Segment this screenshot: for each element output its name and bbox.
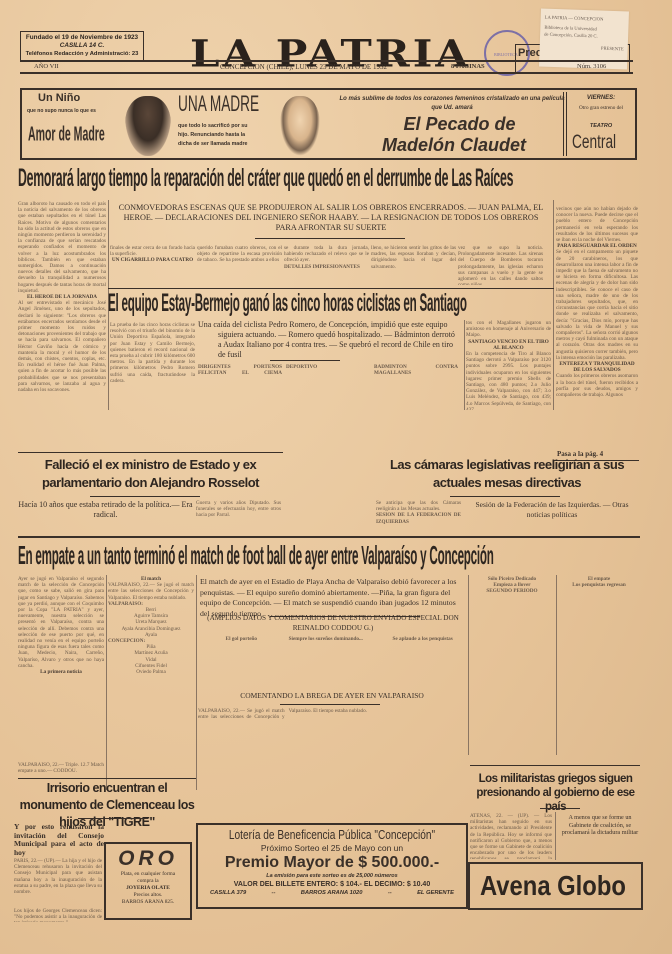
issue-number: Núm. 3106 [577,63,606,70]
masthead-rule-bottom [20,72,633,74]
oro-advertisement: ORO Plata, en cualquier forma compra la … [104,842,192,920]
film-title-line1: El Pecado de [352,114,567,135]
futbol-headline: En empate a un tanto terminó el match de… [18,538,494,572]
raices-col5: lleno, se hicieron sentir los gritos de … [371,245,456,285]
futbol-comment-columns: VALPARAISO, 22.— Se jugó el match entre … [198,708,466,786]
grecia-body: ATENAS, 22. — (UP). — Los militaristas h… [470,813,552,859]
futbol-col5: Sólo Piceiro Dedicado Empieza a llover S… [470,576,554,754]
ad-tagline: Lo más sublime de todos los corazones fe… [337,95,567,113]
woman-portrait [280,96,320,156]
raices-col4: se durante toda la dura jornada, habiend… [284,245,369,285]
futbol-mid-columns: El gol porteño Siempre los sureños domin… [198,636,466,688]
rosselot-headline: Falleció el ex ministro de Estado y ex p… [18,456,283,492]
founded-line3: Teléfonos Redacción y Administració: 23 [24,50,140,58]
avena-globo-advertisement: Avena Globo [468,862,643,910]
rosselot-subhead: Hacía 10 años que estaba retirado de la … [18,500,193,520]
ad-viernes: VIERNES: [570,95,632,101]
ciclismo-col-mid: DIRIGENTES PORTEÑOS FELICITAN EL CIEMA D… [198,364,458,410]
clemenceau-subhead: Y por esto rehusaron la invitación del C… [14,823,104,857]
ciclismo-subhead: Una caída del ciclista Pedro Romero, de … [198,320,460,360]
futbol-subhead: El match de ayer en el Estadio de Playa … [200,577,465,619]
futbol-col6: El empate Los penquistas regresan [558,576,640,754]
ad-divider [563,92,564,156]
ad-amor-de-madre: Amor de Madre [28,120,105,149]
year-label: AÑO VII [34,63,59,70]
ad-otro-gran: Otro gran estreno del [574,105,628,112]
dateline: CONCEPCION (CHILE), LUNES 23 DE MAYO DE … [220,63,387,71]
page-count: 8 PAGINAS [451,63,485,70]
loteria-title: Lotería de Beneficencia Pública "Concepc… [227,827,436,842]
camaras-col1: Se anticipa que las dos Cámaras reeligir… [376,500,461,534]
loteria-prize: Premio Mayor de $ 500.000.- [198,853,466,873]
ad-teatro: TEATRO [570,123,632,129]
raices-subhead: CONMOVEDORAS ESCENAS QUE SE PRODUJERON A… [115,203,547,233]
camaras-headline: Las cámaras legislativas reeligirían a s… [373,456,641,492]
futbol-special-correspondent: (AMPLIOS DATOS Y COMENTARIOS DE NUESTRO … [198,614,468,633]
camaras-subhead: Sesión de la Federación de las Izquierda… [464,500,640,519]
founded-line1: Fundado el 19 de Noviembre de 1923 [24,34,140,42]
boy-portrait [125,96,171,156]
ad-una-madre: UNA MADRE [178,92,259,116]
founded-line2: CASILLA 14 C. [24,42,140,50]
loteria-advertisement: Lotería de Beneficencia Pública "Concepc… [196,823,468,909]
ad-una-madre-sub: que todo lo sacrificó por su hijo. Renun… [178,122,254,149]
avena-globo-title: Avena Globo [480,869,626,903]
ciclismo-headline: El equipo Estay-Bermejo ganó las cinco h… [108,288,467,318]
grecia-subhead: A menos que se forme un Gabinete de coal… [557,814,643,837]
clemenceau-body: PARIS, 22.— (UP).— La hija y el hijo de … [14,858,102,904]
ciclismo-col2: tos con el Magallanes jugaron un amistos… [466,320,551,410]
cinema-advertisement: Un Niño que no supo nunca lo que es Amor… [20,88,637,160]
ciclismo-col1: La prueba de las cinco horas ciclistas s… [110,322,195,410]
masthead: Fundado el 19 de Noviembre de 1923 CASIL… [0,0,672,78]
lineup-valpo: Berri Aguirre Tamsíra Ureta Marquez Ayal… [108,607,194,638]
ad-que-no-supo: que no supo nunca lo que es [27,108,96,114]
futbol-col1-end: VALPARAISO, 22.— Triple. 12.7 Match empa… [18,762,104,776]
raices-col1: Gran alboroto ha causado en todo el país… [18,201,106,401]
clemenceau-body2: Los hijos de Georges Clemenceau dicen: "… [14,908,102,922]
rosselot-col2: Guerra y varios años Diputado. Sus funer… [196,500,281,532]
raices-col3: querido fumaban cuatro obreros, con el o… [197,245,282,285]
raices-headline: Demorará largo tiempo la reparación del … [18,163,513,193]
masthead-rule-top [20,60,633,62]
futbol-col1: Ayer se jugó en Valparaíso el segundo ma… [18,576,104,754]
founded-box: Fundado el 19 de Noviembre de 1923 CASIL… [20,31,144,61]
raices-col6: vez que se supo la noticia. Prolongadame… [458,245,543,285]
ad-divider-2 [566,92,567,156]
futbol-comment-head: COMENTANDO LA BREGA DE AYER EN VALPARAIS… [198,690,466,701]
oro-title: ORO [106,847,190,871]
raices-col7: vecinos que aún no habían dejado de cono… [556,206,638,448]
ad-central: Central [572,132,616,154]
film-title-line2: Madelón Claudet [334,135,574,156]
lineup-conce: Piña Martínez Acuña Vidal Cifuentes Fide… [108,644,194,675]
futbol-col2: El match VALPARAISO, 22.— Se jugó el mat… [108,576,194,781]
ad-un-nino: Un Niño [38,92,80,104]
